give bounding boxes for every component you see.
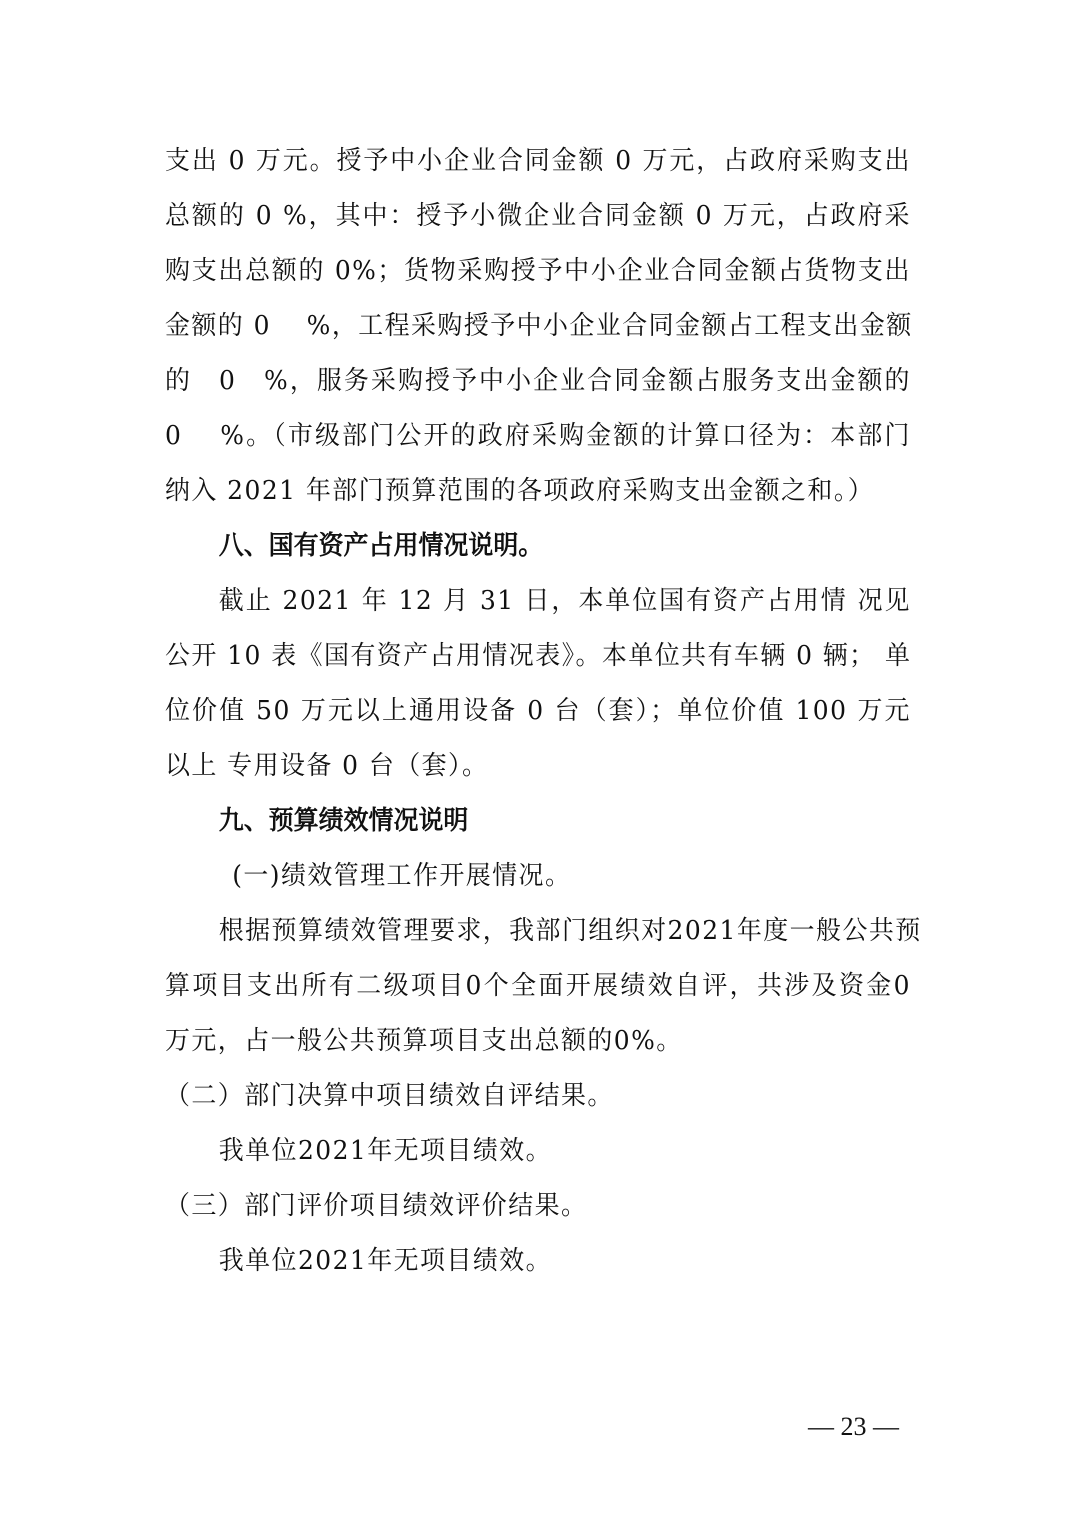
subsection-heading-management: (一)绩效管理工作开展情况。 (165, 849, 911, 904)
subsection-heading-department-evaluation: （三）部门评价项目绩效评价结果。 (165, 1179, 911, 1234)
text-line: 万元，占一般公共预算项目支出总额的0%。 (165, 1014, 911, 1069)
text-line: 总额的 0 %，其中：授予小微企业合同金额 0 万元，占政府采 (165, 189, 911, 244)
management-paragraph: 根据预算绩效管理要求，我部门组织对2021年度一般公共预 算项目支出所有二级项目… (165, 904, 913, 1069)
text-line: 算项目支出所有二级项目0个全面开展绩效自评，共涉及资金0 (165, 959, 911, 1014)
self-evaluation-text: 我单位2021年无项目绩效。 (165, 1124, 911, 1179)
text-line: 位价值 50 万元以上通用设备 0 台（套）；单位价值 100 万元 (165, 684, 911, 739)
subsection-heading-self-evaluation: （二）部门决算中项目绩效自评结果。 (165, 1069, 911, 1124)
text-line: 公开 10 表《国有资产占用情况表》。本单位共有车辆 0 辆； 单 (165, 629, 911, 684)
text-line: 截止 2021 年 12 月 31 日，本单位国有资产占用情 况见 (165, 574, 911, 629)
document-page: 支出 0 万元。授予中小企业合同金额 0 万元，占政府采购支出 总额的 0 %，… (165, 134, 913, 1289)
assets-paragraph: 截止 2021 年 12 月 31 日，本单位国有资产占用情 况见 公开 10 … (165, 574, 913, 794)
text-line: 根据预算绩效管理要求，我部门组织对2021年度一般公共预 (165, 904, 911, 959)
text-line: 的 0 %，服务采购授予中小企业合同金额占服务支出金额的 (165, 354, 911, 409)
department-evaluation-text: 我单位2021年无项目绩效。 (165, 1234, 911, 1289)
text-line: 支出 0 万元。授予中小企业合同金额 0 万元，占政府采购支出 (165, 134, 911, 189)
page-number: — 23 — (808, 1412, 899, 1442)
text-line: 0 %。（市级部门公开的政府采购金额的计算口径为：本部门 (165, 409, 911, 464)
procurement-paragraph: 支出 0 万元。授予中小企业合同金额 0 万元，占政府采购支出 总额的 0 %，… (165, 134, 913, 519)
text-line: 金额的 0 %，工程采购授予中小企业合同金额占工程支出金额 (165, 299, 911, 354)
text-line: 纳入 2021 年部门预算范围的各项政府采购支出金额之和。） (165, 464, 911, 519)
text-line: 以上 专用设备 0 台（套）。 (165, 739, 911, 794)
text-line: 购支出总额的 0%；货物采购授予中小企业合同金额占货物支出 (165, 244, 911, 299)
section-heading-assets: 八、国有资产占用情况说明。 (165, 519, 911, 574)
section-heading-performance: 九、预算绩效情况说明 (165, 794, 911, 849)
